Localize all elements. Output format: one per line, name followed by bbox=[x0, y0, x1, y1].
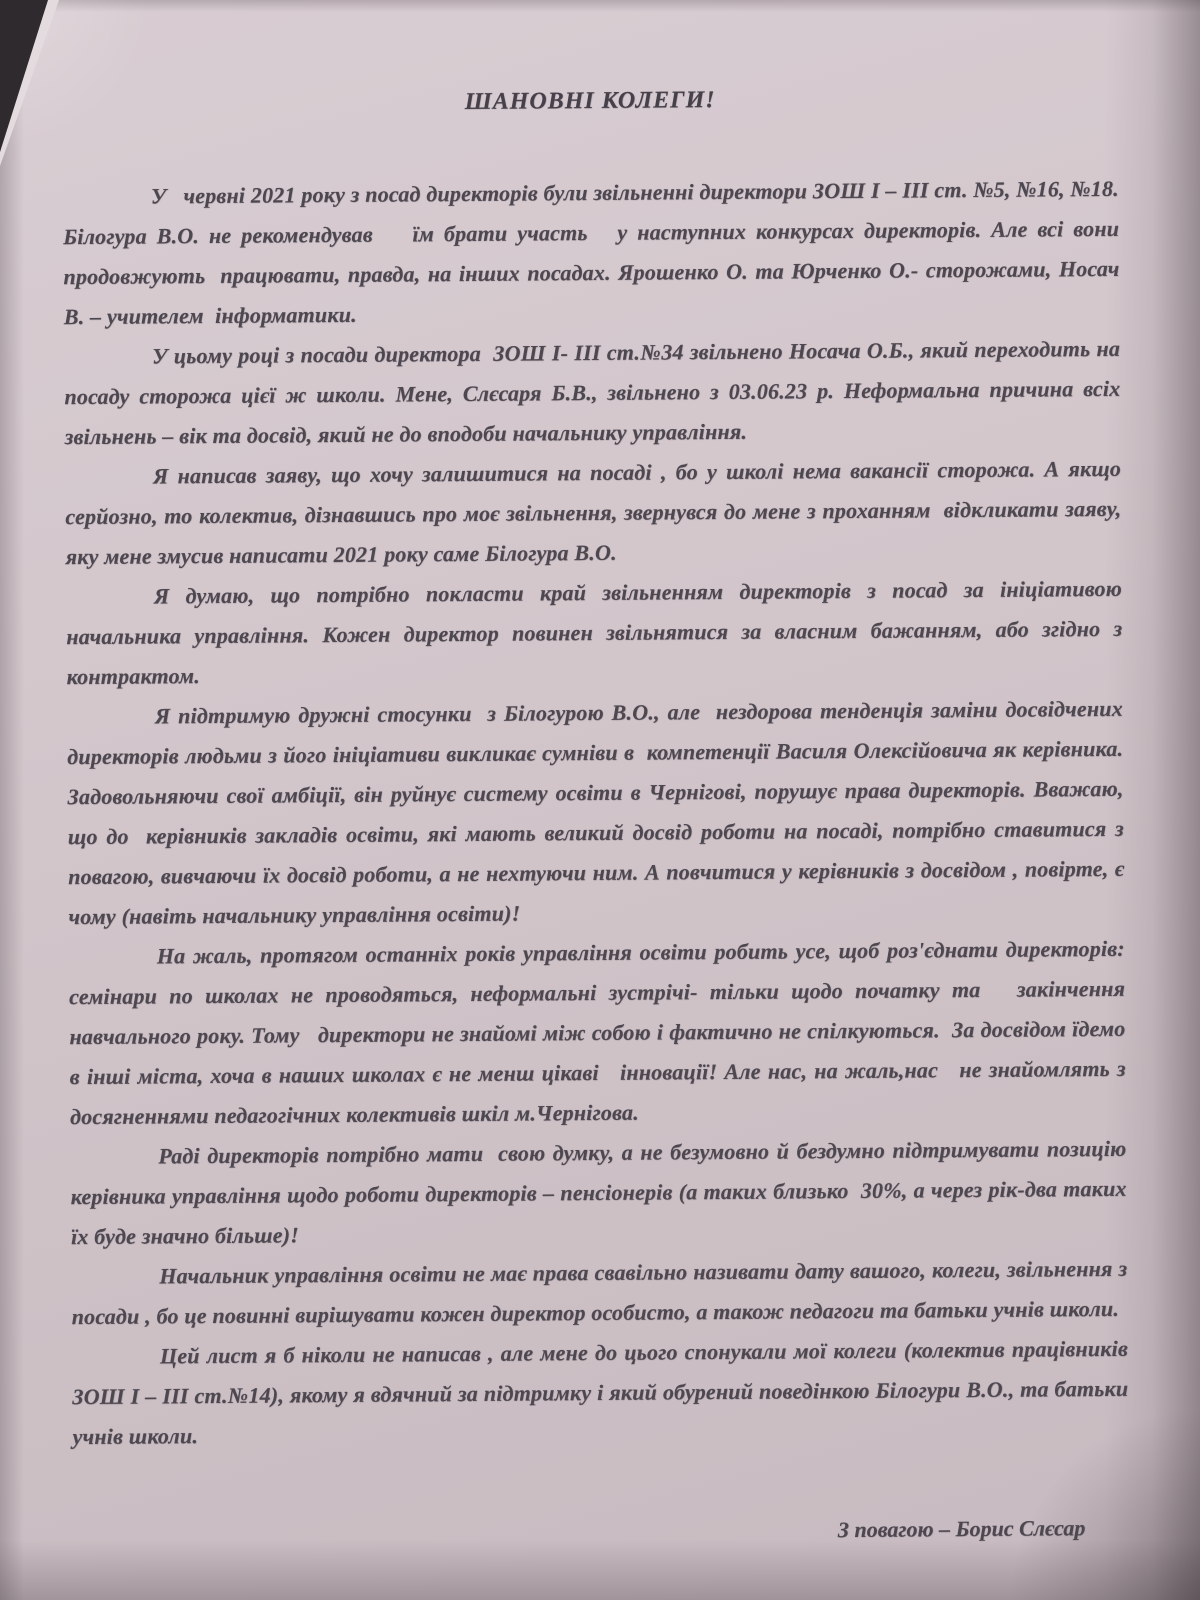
paragraph-7: Раді директорів потрібно мати свою думку… bbox=[70, 1129, 1127, 1257]
paragraph-8: Начальник управління освіти не має права… bbox=[71, 1249, 1128, 1337]
scanned-letter-page: ШАНОВНІ КОЛЕГИ! У червні 2021 року з пос… bbox=[0, 0, 1200, 1600]
paragraph-6: На жаль, протягом останніх років управлі… bbox=[69, 929, 1127, 1137]
letter-content: ШАНОВНІ КОЛЕГИ! У червні 2021 року з пос… bbox=[62, 84, 1129, 1549]
letter-body: У червні 2021 року з посад директорів бу… bbox=[63, 169, 1129, 1457]
paragraph-1: У червні 2021 року з посад директорів бу… bbox=[63, 169, 1120, 337]
letter-title: ШАНОВНІ КОЛЕГИ! bbox=[62, 84, 1118, 119]
signature-line: З повагою – Борис Слєсар bbox=[73, 1515, 1129, 1549]
paragraph-5: Я підтримую дружні стосунки з Білогурою … bbox=[67, 689, 1125, 937]
paragraph-9: Цей лист я б ніколи не написав , але мен… bbox=[72, 1329, 1129, 1457]
paragraph-4: Я думаю, що потрібно покласти край звіль… bbox=[66, 569, 1123, 697]
paragraph-2: У цьому році з посади директора ЗОШ І- І… bbox=[64, 329, 1121, 457]
paragraph-3: Я написав заяву, що хочу залишитися на п… bbox=[65, 449, 1122, 577]
